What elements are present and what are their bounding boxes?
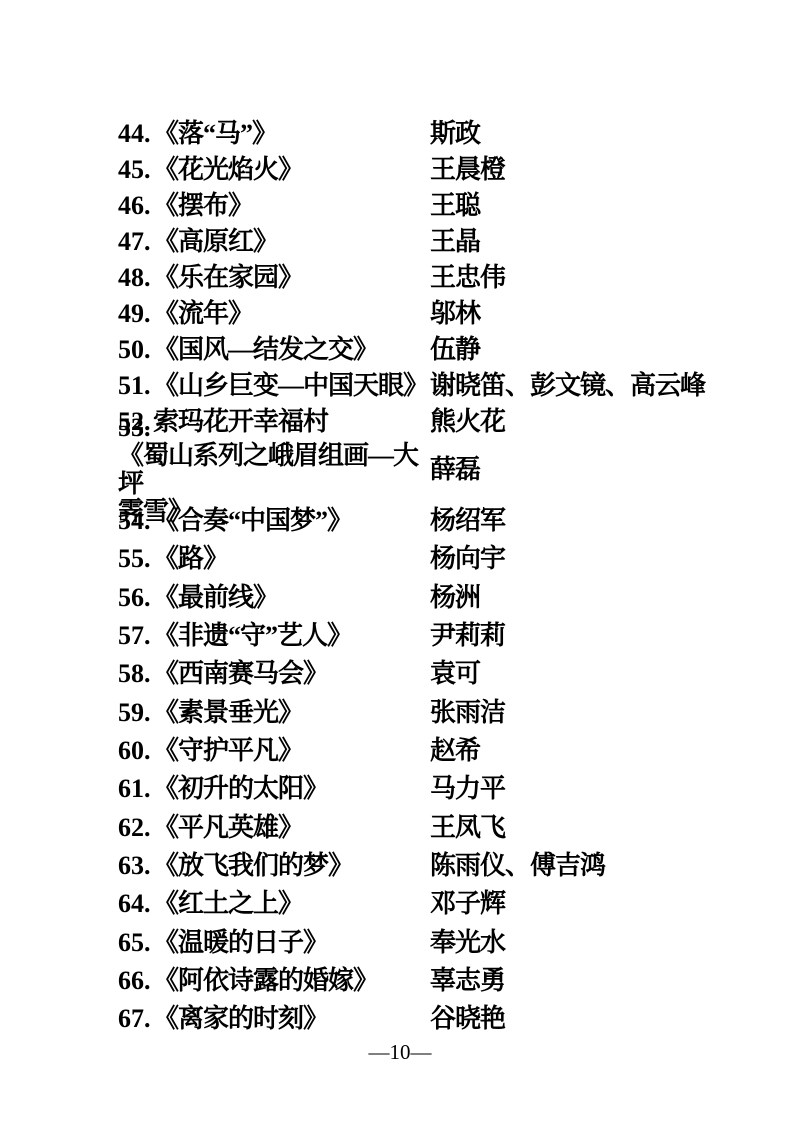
item-number: 46. bbox=[118, 188, 153, 224]
item-title-cell: 67.《离家的时刻》 bbox=[118, 1000, 430, 1038]
item-title: 《山乡巨变—中国天眼》 bbox=[153, 368, 428, 404]
list-item: 49.《流年》邬林 bbox=[118, 296, 693, 332]
document-page: 44.《落“马”》斯政45.《花光焰火》王晨橙46.《摆布》王聪47.《高原红》… bbox=[0, 0, 800, 1131]
item-number: 67. bbox=[118, 1000, 153, 1038]
item-title: 《温暖的日子》 bbox=[153, 924, 328, 962]
item-title-cell: 48.《乐在家园》 bbox=[118, 260, 430, 296]
item-author: 伍静 bbox=[430, 332, 693, 368]
item-number: 47. bbox=[118, 224, 153, 260]
item-number: 45. bbox=[118, 152, 153, 188]
item-title-cell: 62.《平凡英雄》 bbox=[118, 809, 430, 847]
item-title: 《平凡英雄》 bbox=[153, 809, 303, 847]
item-title-cell: 57.《非遗“守”艺人》 bbox=[118, 617, 430, 655]
list-item: 58.《西南赛马会》袁可 bbox=[118, 655, 693, 693]
item-title-cell: 46.《摆布》 bbox=[118, 188, 430, 224]
list-item: 60.《守护平凡》赵希 bbox=[118, 732, 693, 770]
list-item: 65.《温暖的日子》奉光水 bbox=[118, 924, 693, 962]
item-number: 63. bbox=[118, 847, 153, 885]
item-number: 61. bbox=[118, 770, 153, 808]
item-author: 薛磊 bbox=[430, 456, 693, 484]
item-number: 53. bbox=[118, 414, 153, 442]
item-author: 赵希 bbox=[430, 732, 693, 770]
item-title-cell: 56.《最前线》 bbox=[118, 579, 430, 617]
item-number: 44. bbox=[118, 116, 153, 152]
item-author: 奉光水 bbox=[430, 924, 693, 962]
item-number: 48. bbox=[118, 260, 153, 296]
item-title: 《放飞我们的梦》 bbox=[153, 847, 353, 885]
item-author: 王晨橙 bbox=[430, 152, 693, 188]
list-item: 45.《花光焰火》王晨橙 bbox=[118, 152, 693, 188]
item-author: 王凤飞 bbox=[430, 809, 693, 847]
item-author: 王晶 bbox=[430, 224, 693, 260]
item-title: 《最前线》 bbox=[153, 579, 278, 617]
item-number: 54. bbox=[118, 502, 153, 540]
item-title-cell: 64.《红土之上》 bbox=[118, 885, 430, 923]
item-title-cell: 55.《路》 bbox=[118, 540, 430, 578]
item-title: 《阿依诗露的婚嫁》 bbox=[153, 962, 378, 1000]
item-title-cell: 44.《落“马”》 bbox=[118, 116, 430, 152]
item-title: 《红土之上》 bbox=[153, 885, 303, 923]
item-author: 辜志勇 bbox=[430, 962, 693, 1000]
list-item: 63.《放飞我们的梦》陈雨仪、傅吉鸿 bbox=[118, 847, 693, 885]
item-number: 66. bbox=[118, 962, 153, 1000]
item-title: 《高原红》 bbox=[153, 224, 278, 260]
list-item: 44.《落“马”》斯政 bbox=[118, 116, 693, 152]
item-title: 《守护平凡》 bbox=[153, 732, 303, 770]
item-author: 杨洲 bbox=[430, 579, 693, 617]
list-item: 55.《路》杨向宇 bbox=[118, 540, 693, 578]
award-list: 44.《落“马”》斯政45.《花光焰火》王晨橙46.《摆布》王聪47.《高原红》… bbox=[118, 116, 693, 1039]
item-title-cell: 66.《阿依诗露的婚嫁》 bbox=[118, 962, 430, 1000]
item-author: 杨向宇 bbox=[430, 540, 693, 578]
item-number: 62. bbox=[118, 809, 153, 847]
list-item: 54.《合奏“中国梦”》杨绍军 bbox=[118, 502, 693, 540]
item-number: 49. bbox=[118, 296, 153, 332]
item-author: 王聪 bbox=[430, 188, 693, 224]
item-title-cell: 61.《初升的太阳》 bbox=[118, 770, 430, 808]
item-author: 杨绍军 bbox=[430, 502, 693, 540]
list-item: 57.《非遗“守”艺人》尹莉莉 bbox=[118, 617, 693, 655]
list-item: 67.《离家的时刻》谷晓艳 bbox=[118, 1000, 693, 1038]
item-title-cell: 65.《温暖的日子》 bbox=[118, 924, 430, 962]
item-author: 邬林 bbox=[430, 296, 693, 332]
item-number: 59. bbox=[118, 694, 153, 732]
item-title-cell: 45.《花光焰火》 bbox=[118, 152, 430, 188]
page-number: —10— bbox=[369, 1040, 432, 1064]
item-title: 《摆布》 bbox=[153, 188, 253, 224]
list-item: 53.《蜀山系列之峨眉组画—大坪霁雪》薛磊 bbox=[118, 442, 693, 498]
item-title: 《乐在家园》 bbox=[153, 260, 303, 296]
page-footer: —10— bbox=[0, 1040, 800, 1065]
list-item: 50.《国风—结发之交》伍静 bbox=[118, 332, 693, 368]
item-title-cell: 51.《山乡巨变—中国天眼》 bbox=[118, 368, 430, 404]
item-title: 《离家的时刻》 bbox=[153, 1000, 328, 1038]
item-title: 《素景垂光》 bbox=[153, 694, 303, 732]
item-title: 《非遗“守”艺人》 bbox=[153, 617, 352, 655]
item-author: 谷晓艳 bbox=[430, 1000, 693, 1038]
item-title: 《合奏“中国梦”》 bbox=[153, 502, 352, 540]
item-title-cell: 59.《素景垂光》 bbox=[118, 694, 430, 732]
item-number: 64. bbox=[118, 885, 153, 923]
item-title-cell: 47.《高原红》 bbox=[118, 224, 430, 260]
item-number: 51. bbox=[118, 368, 153, 404]
item-author: 王忠伟 bbox=[430, 260, 693, 296]
item-title: 《流年》 bbox=[153, 296, 253, 332]
list-item: 66.《阿依诗露的婚嫁》辜志勇 bbox=[118, 962, 693, 1000]
item-author: 熊火花 bbox=[430, 404, 693, 440]
item-title: 《花光焰火》 bbox=[153, 152, 303, 188]
item-title-cell: 50.《国风—结发之交》 bbox=[118, 332, 430, 368]
item-title-cell: 58.《西南赛马会》 bbox=[118, 655, 430, 693]
list-item: 61.《初升的太阳》马力平 bbox=[118, 770, 693, 808]
list-item: 59.《素景垂光》张雨洁 bbox=[118, 694, 693, 732]
item-number: 60. bbox=[118, 732, 153, 770]
item-number: 56. bbox=[118, 579, 153, 617]
item-title: 《西南赛马会》 bbox=[153, 655, 328, 693]
list-item: 48.《乐在家园》王忠伟 bbox=[118, 260, 693, 296]
item-number: 55. bbox=[118, 540, 153, 578]
item-title: 《落“马”》 bbox=[153, 116, 277, 152]
list-item: 51.《山乡巨变—中国天眼》谢晓笛、彭文镜、高云峰 bbox=[118, 368, 693, 404]
item-title: 《路》 bbox=[153, 540, 228, 578]
list-item: 62.《平凡英雄》王凤飞 bbox=[118, 809, 693, 847]
item-author: 斯政 bbox=[430, 116, 693, 152]
item-author: 袁可 bbox=[430, 655, 693, 693]
item-author: 邓子辉 bbox=[430, 885, 693, 923]
item-title: 《初升的太阳》 bbox=[153, 770, 328, 808]
item-number: 58. bbox=[118, 655, 153, 693]
item-author: 谢晓笛、彭文镜、高云峰 bbox=[430, 368, 705, 404]
list-item: 47.《高原红》王晶 bbox=[118, 224, 693, 260]
item-author: 尹莉莉 bbox=[430, 617, 693, 655]
item-author: 张雨洁 bbox=[430, 694, 693, 732]
item-number: 65. bbox=[118, 924, 153, 962]
list-item: 56.《最前线》杨洲 bbox=[118, 579, 693, 617]
list-item: 64.《红土之上》邓子辉 bbox=[118, 885, 693, 923]
item-title-cell: 54.《合奏“中国梦”》 bbox=[118, 502, 430, 540]
item-author: 陈雨仪、傅吉鸿 bbox=[430, 847, 693, 885]
item-author: 马力平 bbox=[430, 770, 693, 808]
item-title: 《国风—结发之交》 bbox=[153, 332, 378, 368]
item-title-cell: 49.《流年》 bbox=[118, 296, 430, 332]
item-number: 57. bbox=[118, 617, 153, 655]
item-title-cell: 63.《放飞我们的梦》 bbox=[118, 847, 430, 885]
list-item: 46.《摆布》王聪 bbox=[118, 188, 693, 224]
item-number: 50. bbox=[118, 332, 153, 368]
item-title-cell: 60.《守护平凡》 bbox=[118, 732, 430, 770]
